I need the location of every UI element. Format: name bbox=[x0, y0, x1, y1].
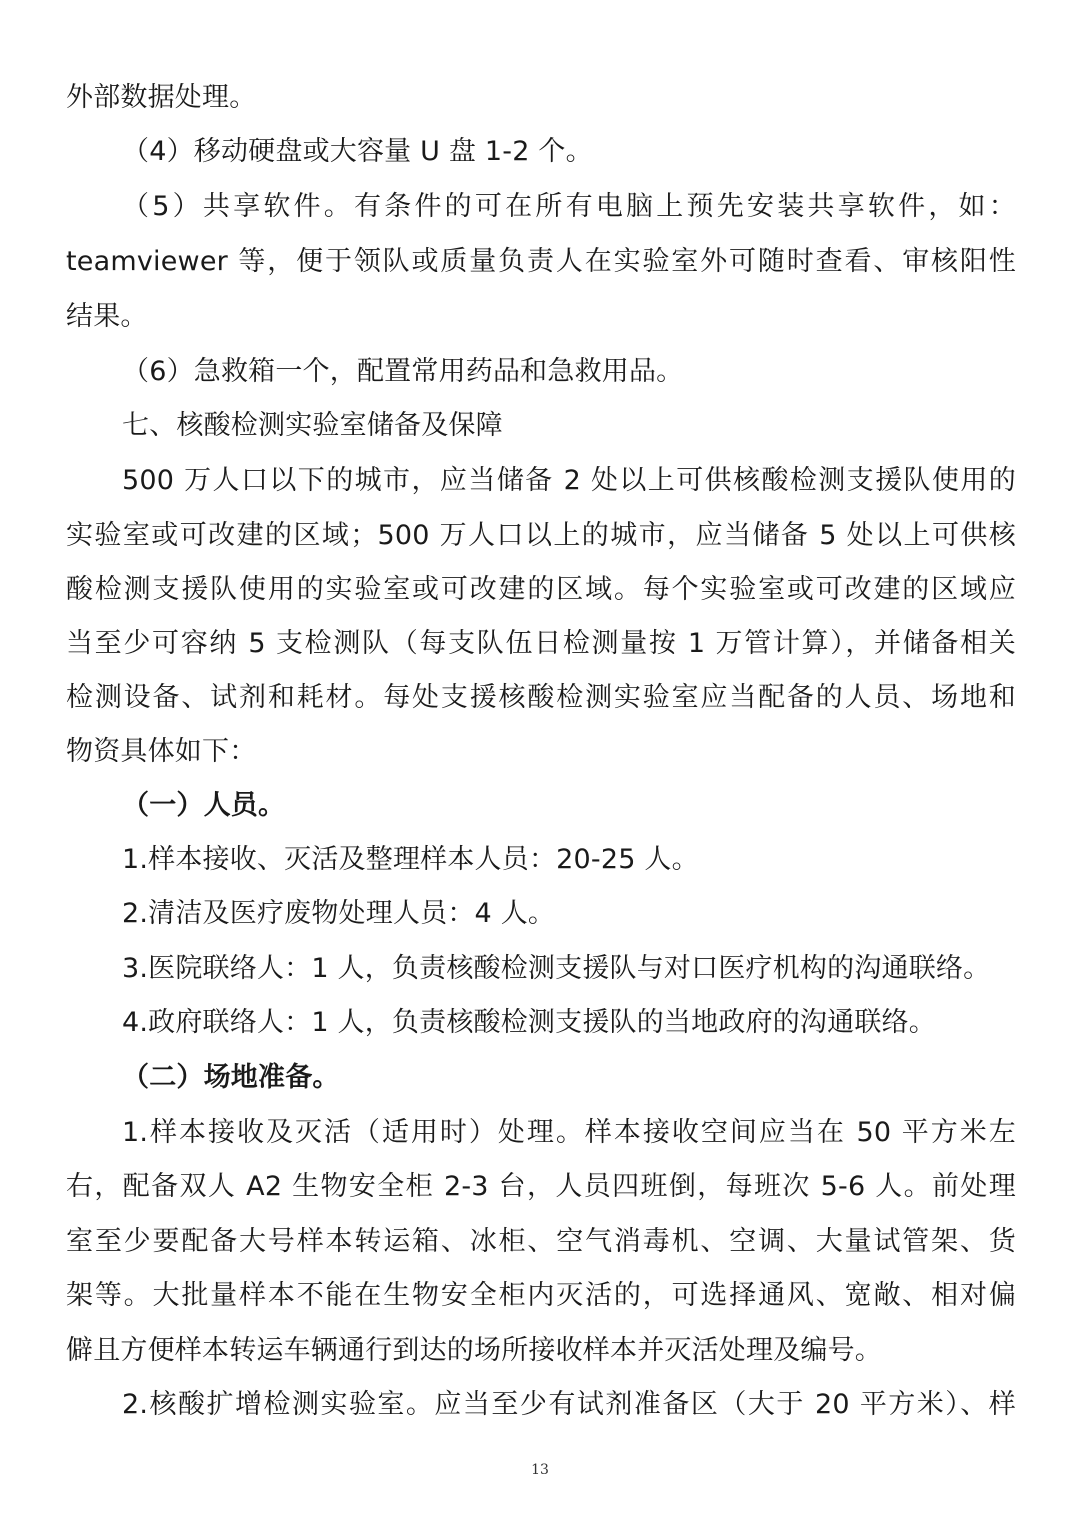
personnel-item-3: 3.医院联络人：1 人，负责核酸检测支援队与对口医疗机构的沟通联络。 bbox=[122, 949, 1016, 989]
list-item-4: （4）移动硬盘或大容量 U 盘 1-2 个。 bbox=[122, 132, 1016, 172]
paragraph-line: 当至少可容纳 5 支检测队（每支队伍日检测量按 1 万管计算），并储备相关 bbox=[66, 624, 1016, 664]
paragraph-line: 酸检测支援队使用的实验室或可改建的区域。每个实验室或可改建的区域应 bbox=[66, 570, 1016, 610]
site-item-1-continued: 架等。大批量样本不能在生物安全柜内灭活的，可选择通风、宽敞、相对偏 bbox=[66, 1276, 1016, 1316]
personnel-item-1: 1.样本接收、灭活及整理样本人员：20-25 人。 bbox=[122, 840, 1016, 880]
paragraph-line: 检测设备、试剂和耗材。每处支援核酸检测实验室应当配备的人员、场地和 bbox=[66, 678, 1016, 718]
subheading-personnel: （一）人员。 bbox=[122, 786, 1016, 826]
list-item-5: （5）共享软件。有条件的可在所有电脑上预先安装共享软件，如： bbox=[122, 187, 1016, 227]
section-heading-7: 七、核酸检测实验室储备及保障 bbox=[122, 406, 1016, 446]
paragraph-line: 500 万人口以下的城市，应当储备 2 处以上可供核酸检测支援队使用的 bbox=[122, 461, 1016, 501]
site-item-1-end: 僻且方便样本转运车辆通行到达的场所接收样本并灭活处理及编号。 bbox=[66, 1331, 1016, 1371]
site-item-1-continued: 右，配备双人 A2 生物安全柜 2-3 台，人员四班倒，每班次 5-6 人。前处… bbox=[66, 1167, 1016, 1207]
personnel-item-4: 4.政府联络人：1 人，负责核酸检测支援队的当地政府的沟通联络。 bbox=[122, 1003, 1016, 1043]
site-item-1-continued: 室至少要配备大号样本转运箱、冰柜、空气消毒机、空调、大量试管架、货 bbox=[66, 1222, 1016, 1262]
list-item-5-end: 结果。 bbox=[66, 297, 1016, 337]
paragraph-line: 实验室或可改建的区域；500 万人口以上的城市，应当储备 5 处以上可供核 bbox=[66, 516, 1016, 556]
page-number: 13 bbox=[0, 1462, 1080, 1478]
site-item-2: 2.核酸扩增检测实验室。应当至少有试剂准备区（大于 20 平方米）、样 bbox=[122, 1385, 1016, 1425]
site-item-1: 1.样本接收及灭活（适用时）处理。样本接收空间应当在 50 平方米左 bbox=[122, 1113, 1016, 1153]
subheading-site-preparation: （二）场地准备。 bbox=[122, 1058, 1016, 1098]
text-line-continuation: 外部数据处理。 bbox=[66, 78, 1016, 118]
list-item-5-continued: teamviewer 等，便于领队或质量负责人在实验室外可随时查看、审核阳性 bbox=[66, 242, 1016, 282]
personnel-item-2: 2.清洁及医疗废物处理人员：4 人。 bbox=[122, 894, 1016, 934]
document-page: 外部数据处理。 （4）移动硬盘或大容量 U 盘 1-2 个。 （5）共享软件。有… bbox=[0, 0, 1080, 1527]
list-item-6: （6）急救箱一个，配置常用药品和急救用品。 bbox=[122, 352, 1016, 392]
paragraph-line-end: 物资具体如下： bbox=[66, 732, 1016, 772]
